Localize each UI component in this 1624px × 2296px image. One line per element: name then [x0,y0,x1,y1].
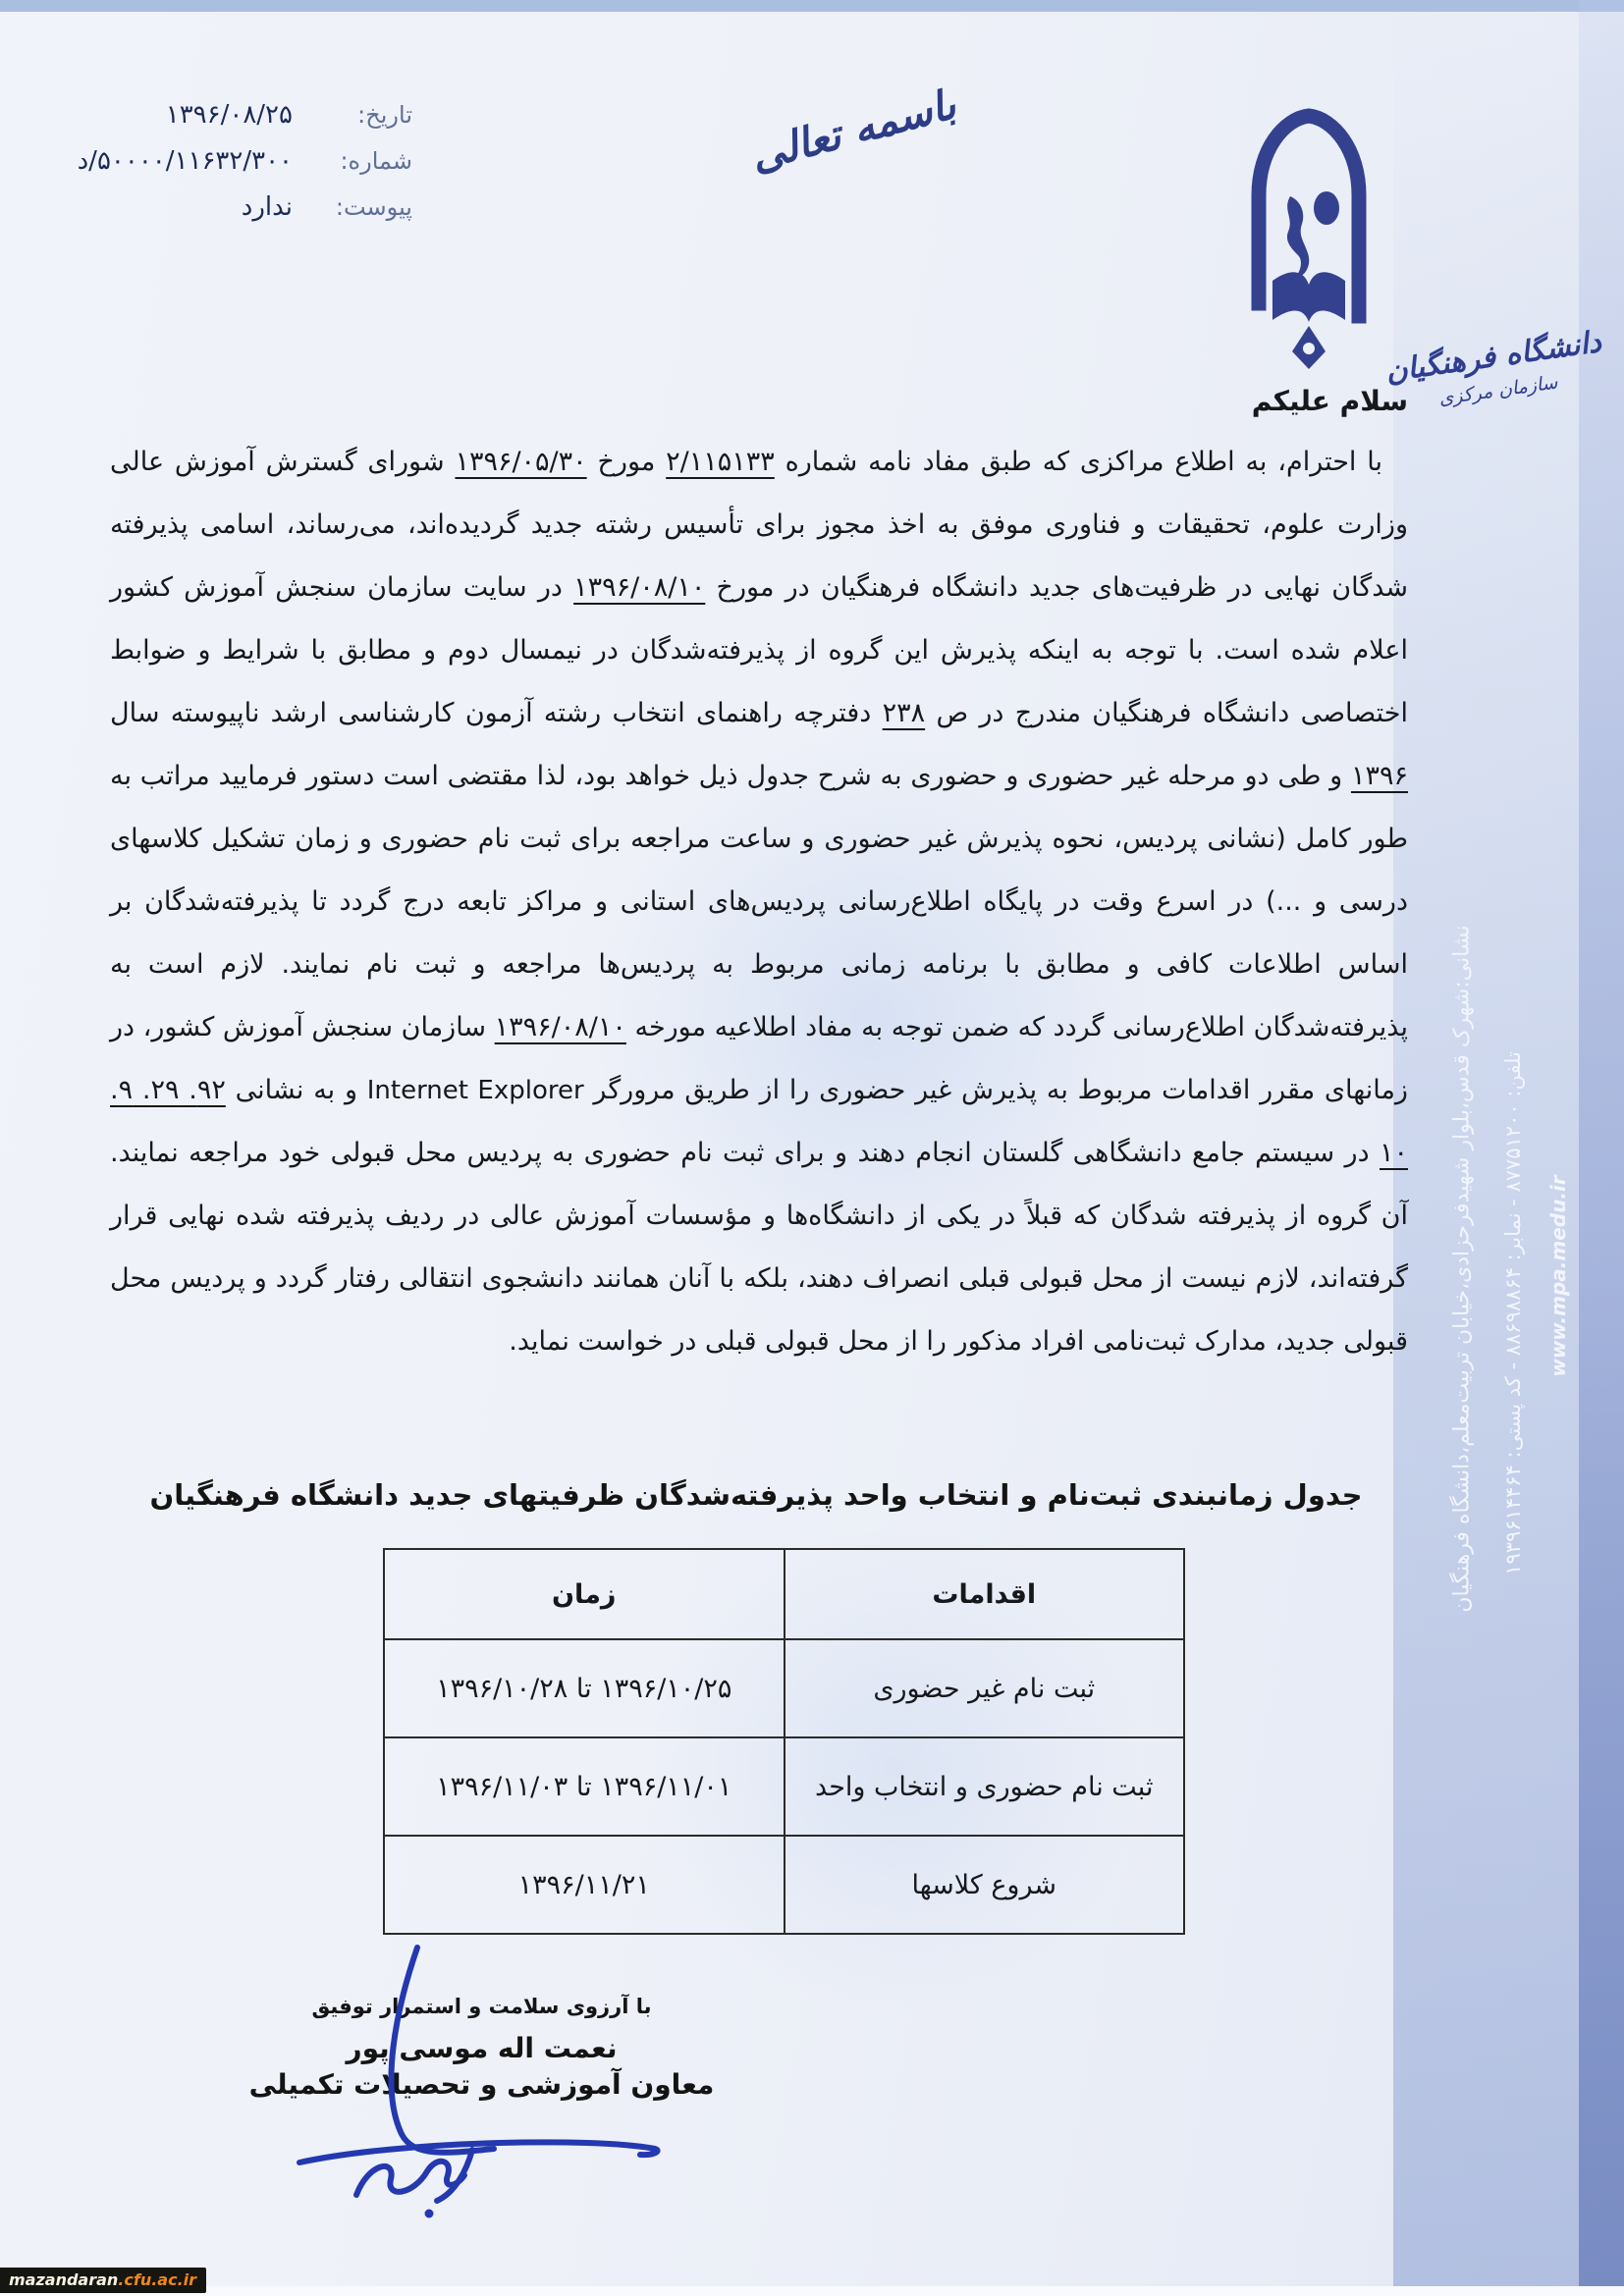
top-border-bar [0,0,1624,12]
body-text-segment: Internet Explorer [367,1076,584,1105]
body-text-segment: و به نشانی [226,1075,367,1105]
letter-body: سلام علیکم با احترام، به اطلاع مراکزی که… [110,385,1408,1373]
body-text-segment: دفترچه راهنمای انتخاب رشته آزمون کارشناس… [110,698,883,728]
number-row: شماره: ۵۰۰۰۰/۱۱۶۳۲/۳۰۰/د [57,146,412,176]
signature-block: با آرزوی سلامت و استمرار توفیق نعمت اله … [234,1995,730,2101]
body-text-segment: ۱۳۹۶/۰۸/۱۰ [495,1012,626,1042]
date-label: تاریخ: [318,101,412,129]
body-text-segment: در سیستم جامع دانشگاهی گلستان انجام دهند… [110,1138,1408,1357]
actions-column-header: اقدامات [785,1549,1185,1639]
watermark-suffix: .cfu.ac.ir [118,2270,196,2289]
body-text-segment: ۲/۱۱۵۱۳۳ [666,447,775,477]
body-text-segment: ۱۳۹۶/۰۸/۱۰ [573,572,705,603]
body-text-segment: و طی دو مرحله غیر حضوری و حضوری به شرح ج… [110,761,1408,1042]
watermark-domain: mazandaran [9,2270,118,2289]
table-cell: ثبت نام غیر حضوری [785,1639,1185,1737]
time-column-header: زمان [384,1549,785,1639]
date-value: ۱۳۹۶/۰۸/۲۵ [166,100,293,130]
salutation: سلام علیکم [110,385,1408,417]
table-cell: ۱۳۹۶/۱۱/۲۱ [384,1836,785,1934]
body-paragraph: با احترام، به اطلاع مراکزی که طبق مفاد ن… [110,431,1408,1373]
margin-contact-text: تلفن: ۸۷۷۵۱۲۰۰ - نمابر: ۸۸۶۹۸۸۶۴ - کد پس… [1501,931,1525,1696]
body-text-segment: ۱۳۹۶/۰۵/۳۰ [455,447,586,477]
margin-website-text: www.mpa.medu.ir [1546,1129,1570,1423]
university-logo [1235,102,1382,373]
table-cell: شروع کلاسها [785,1836,1185,1934]
schedule-table-title: جدول زمانبندی ثبت‌نام و انتخاب واحد پذیر… [147,1478,1365,1512]
schedule-table-body: ثبت نام غیر حضوری۱۳۹۶/۱۰/۲۵ تا ۱۳۹۶/۱۰/۲… [384,1639,1184,1934]
schedule-table: اقدامات زمان ثبت نام غیر حضوری۱۳۹۶/۱۰/۲۵… [383,1548,1185,1935]
table-cell: ۱۳۹۶/۱۱/۰۱ تا ۱۳۹۶/۱۱/۰۳ [384,1737,785,1836]
signature-wish: با آرزوی سلامت و استمرار توفیق [234,1995,730,2018]
margin-address-text: نشانی:شهرک قدس،بلوار شهیدفرحزادی،خیابان … [1450,774,1475,1765]
site-watermark: mazandaran.cfu.ac.ir [0,2268,206,2293]
table-header-row: اقدامات زمان [384,1549,1184,1639]
besmele-calligraphy: باسمه تعالی [745,80,960,181]
attachment-row: پیوست: ندارد [57,192,412,222]
letter-meta-fields: تاریخ: ۱۳۹۶/۰۸/۲۵ شماره: ۵۰۰۰۰/۱۱۶۳۲/۳۰۰… [57,100,412,239]
table-row: ثبت نام حضوری و انتخاب واحد۱۳۹۶/۱۱/۰۱ تا… [384,1737,1184,1836]
number-value: ۵۰۰۰۰/۱۱۶۳۲/۳۰۰/د [78,146,293,176]
table-cell: ۱۳۹۶/۱۰/۲۵ تا ۱۳۹۶/۱۰/۲۸ [384,1639,785,1737]
signatory-title: معاون آموزشی و تحصیلات تکمیلی [234,2068,730,2101]
body-text-segment: ۲۳۸ [883,698,926,728]
table-row: شروع کلاسها۱۳۹۶/۱۱/۲۱ [384,1836,1184,1934]
table-row: ثبت نام غیر حضوری۱۳۹۶/۱۰/۲۵ تا ۱۳۹۶/۱۰/۲… [384,1639,1184,1737]
body-text-segment: ۱۳۹۶ [1351,761,1408,791]
university-logo-emblem [1235,102,1382,373]
attachment-label: پیوست: [318,193,412,221]
body-text-segment: با احترام، به اطلاع مراکزی که طبق مفاد ن… [775,447,1382,477]
body-text-segment: مورخ [587,447,667,477]
signatory-name: نعمت اله موسی پور [234,2032,730,2064]
number-label: شماره: [318,147,412,175]
date-row: تاریخ: ۱۳۹۶/۰۸/۲۵ [57,100,412,130]
bottom-edge [0,2286,1624,2296]
attachment-value: ندارد [242,192,293,222]
schedule-table-head: اقدامات زمان [384,1549,1184,1639]
table-cell: ثبت نام حضوری و انتخاب واحد [785,1737,1185,1836]
letter-page: تاریخ: ۱۳۹۶/۰۸/۲۵ شماره: ۵۰۰۰۰/۱۱۶۳۲/۳۰۰… [0,0,1624,2296]
